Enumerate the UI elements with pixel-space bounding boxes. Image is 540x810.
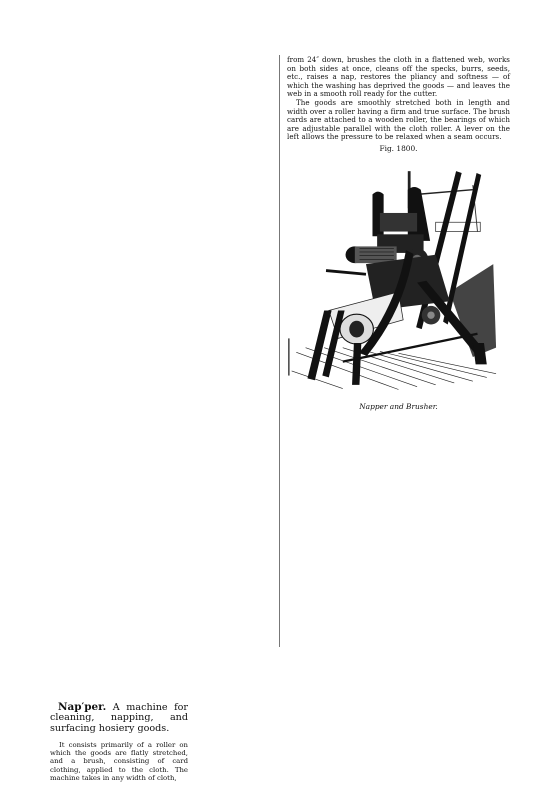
paragraph-goods-stretched: The goods are smoothly stretched both in… bbox=[287, 99, 510, 142]
paragraph-continuation: from 24″ down, brushes the cloth in a fl… bbox=[287, 56, 510, 99]
dictionary-entry-napper: Nap′per. A machine for cleaning, napping… bbox=[50, 702, 188, 789]
right-column: from 24″ down, brushes the cloth in a fl… bbox=[287, 56, 510, 411]
napper-machine-icon bbox=[287, 156, 510, 400]
column-divider bbox=[279, 55, 280, 647]
figure-label: Fig. 1800. bbox=[287, 144, 510, 153]
entry-body: It consists primarily of a roller on whi… bbox=[50, 741, 188, 782]
figure-caption: Napper and Brusher. bbox=[287, 402, 510, 411]
headword: Nap′per. bbox=[58, 701, 106, 713]
napper-machine-illustration bbox=[287, 156, 510, 400]
entry-heading: Nap′per. A machine for cleaning, napping… bbox=[50, 702, 188, 734]
